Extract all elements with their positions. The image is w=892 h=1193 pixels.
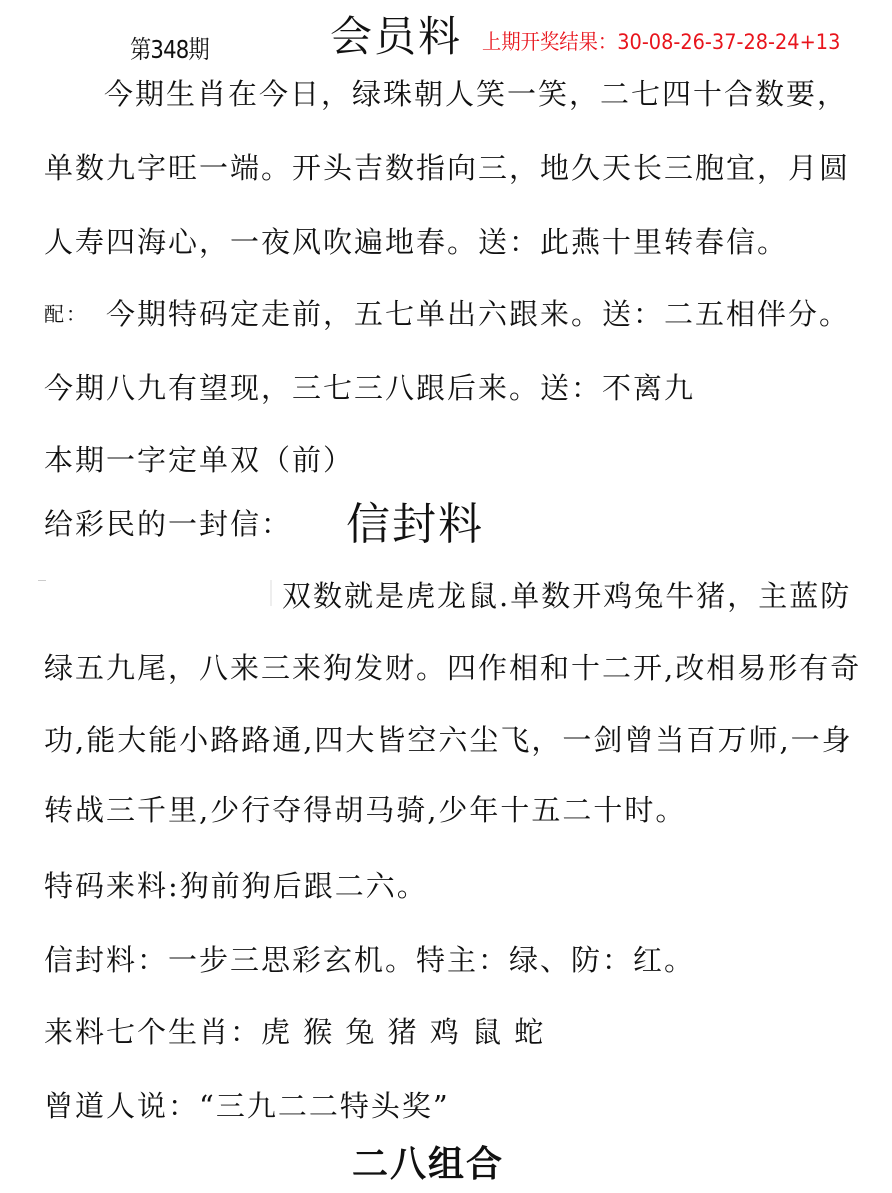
last-draw-result: 上期开奖结果：30-08-26-37-28-24+13 bbox=[482, 26, 840, 56]
poem-line-2: 单数九字旺一端。开头吉数指向三，地久天长三胞宜，月圆 bbox=[44, 154, 850, 183]
poem-line-3: 人寿四海心，一夜风吹遍地春。送：此燕十里转春信。 bbox=[44, 228, 788, 257]
letter-label: 给彩民的一封信： bbox=[44, 510, 292, 539]
poem-line-1: 今期生肖在今日，绿珠朝人笑一笑，二七四十合数要， bbox=[104, 80, 848, 109]
combo-title: 二八组合 bbox=[352, 1136, 504, 1187]
match-line-1: 今期特码定走前，五七单出六跟来。送：二五相伴分。 bbox=[106, 300, 850, 329]
page-title: 会员料 bbox=[330, 4, 462, 64]
letter-line-4: 转战三千里,少行夺得胡马骑,少年十五二十时。 bbox=[44, 796, 686, 825]
last-result-label: 上期开奖结果： bbox=[482, 30, 617, 54]
single-double-line: 本期一字定单双（前） bbox=[44, 446, 354, 475]
special-code-line: 特码来料:狗前狗后跟二六。 bbox=[44, 872, 428, 901]
envelope-material-line: 信封料：一步三思彩玄机。特主：绿、防：红。 bbox=[44, 946, 695, 975]
match-label: 配： bbox=[44, 304, 88, 324]
match-line-2: 今期八九有望现，三七三八跟后来。送：不离九 bbox=[44, 374, 695, 403]
scan-artifact bbox=[38, 572, 46, 581]
envelope-title: 信封料 bbox=[346, 488, 484, 552]
seven-zodiacs-line: 来料七个生肖：虎 猴 兔 猪 鸡 鼠 蛇 bbox=[44, 1018, 545, 1047]
issue-number: 第348期 bbox=[130, 30, 209, 66]
letter-line-2: 绿五九尾，八来三来狗发财。四作相和十二开,改相易形有奇 bbox=[44, 654, 861, 683]
last-result-numbers: 30-08-26-37-28-24+13 bbox=[617, 30, 840, 54]
taoist-saying-line: 曾道人说：“三九二二特头奖” bbox=[44, 1092, 450, 1121]
scan-artifact bbox=[270, 580, 272, 606]
letter-line-3: 功,能大能小路路通,四大皆空六尘飞，一剑曾当百万师,一身 bbox=[44, 726, 853, 755]
letter-line-1: 双数就是虎龙鼠.单数开鸡兔牛猪，主蓝防 bbox=[282, 582, 851, 611]
